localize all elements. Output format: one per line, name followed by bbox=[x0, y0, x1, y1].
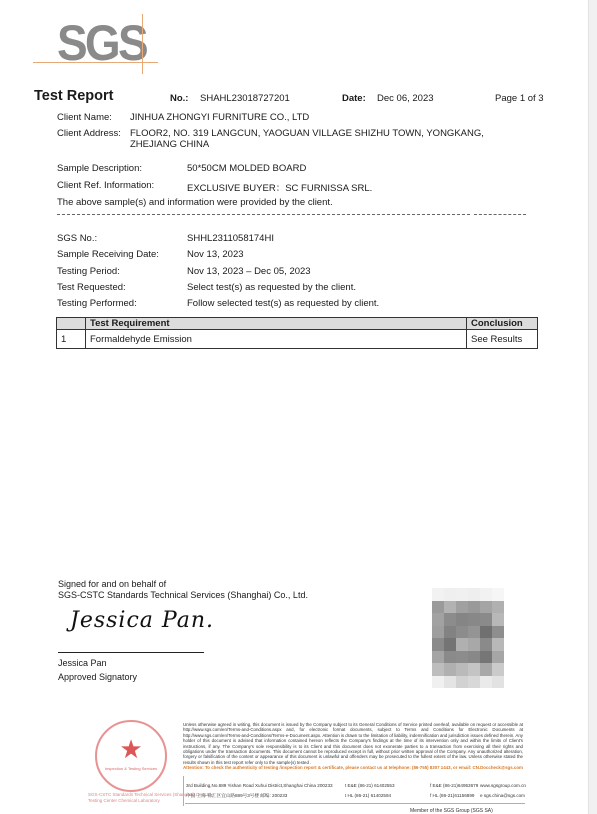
testing-performed-value: Follow selected test(s) as requested by … bbox=[187, 298, 379, 309]
sgs-logo: SGS bbox=[33, 14, 161, 74]
star-icon: ★ bbox=[97, 736, 165, 762]
report-no-label: No.: bbox=[170, 93, 188, 104]
testing-period-label: Testing Period: bbox=[57, 266, 120, 277]
client-address-label: Client Address: bbox=[57, 128, 121, 139]
seal-inner-text: Inspection & Testing Services bbox=[97, 766, 165, 771]
testing-performed-label: Testing Performed: bbox=[57, 298, 137, 309]
sgs-no-value: SHHL2311058174HI bbox=[187, 233, 274, 244]
header-conclusion: Conclusion bbox=[467, 318, 538, 330]
dashed-separator bbox=[57, 214, 470, 215]
fax-ee: f E&E (86-21)64953679 bbox=[430, 783, 478, 788]
header-test-requirement: Test Requirement bbox=[86, 318, 467, 330]
receiving-date-value: Nov 13, 2023 bbox=[187, 249, 244, 260]
signatory-role: Approved Signatory bbox=[58, 672, 137, 682]
tel-hl: t HL (86-21) 61402594 bbox=[345, 793, 391, 798]
page-edge bbox=[588, 0, 597, 814]
authenticity-attention: Attention: To check the authenticity of … bbox=[183, 765, 523, 770]
client-ref-label: Client Ref. Information: bbox=[57, 180, 154, 191]
signature-handwriting: Jessica Pan. bbox=[70, 608, 214, 633]
signatory-name: Jessica Pan bbox=[58, 658, 107, 668]
test-requirement-table: Test Requirement Conclusion 1 Formaldehy… bbox=[56, 317, 538, 349]
header-index bbox=[57, 318, 86, 330]
sample-note: The above sample(s) and information were… bbox=[57, 197, 333, 208]
date-label: Date: bbox=[342, 93, 366, 104]
client-name-label: Client Name: bbox=[57, 112, 112, 123]
testing-period-value: Nov 13, 2023 – Dec 05, 2023 bbox=[187, 266, 311, 277]
table-header-row: Test Requirement Conclusion bbox=[57, 318, 538, 330]
footer-vertical-rule bbox=[183, 776, 184, 806]
logo-vertical-rule bbox=[142, 14, 143, 74]
tel-ee: t E&E (86-21) 61402553 bbox=[345, 783, 395, 788]
terms-text: Unless otherwise agreed in writing, this… bbox=[183, 722, 523, 765]
sgs-no-label: SGS No.: bbox=[57, 233, 97, 244]
report-no-value: SHAHL23018727201 bbox=[200, 93, 290, 104]
row-requirement: Formaldehyde Emission bbox=[86, 330, 467, 349]
address-chinese: 中国·上海·徐汇区宜山路889号3号楼 邮编: 200233 bbox=[186, 793, 287, 799]
sgs-group-membership: Member of the SGS Group (SGS SA) bbox=[410, 808, 493, 814]
table-row: 1 Formaldehyde Emission See Results bbox=[57, 330, 538, 349]
fax-hl: f HL (86-21)61156899 bbox=[430, 793, 474, 798]
dashed-separator-short bbox=[474, 214, 526, 215]
test-requested-label: Test Requested: bbox=[57, 282, 126, 293]
test-requested-value: Select test(s) as requested by the clien… bbox=[187, 282, 356, 293]
sample-description-value: 50*50CM MOLDED BOARD bbox=[187, 163, 306, 174]
company-name: SGS-CSTC Standards Technical Services (S… bbox=[58, 590, 308, 600]
row-conclusion: See Results bbox=[467, 330, 538, 349]
address-english: 3rd Building,No.889 Yishan Road Xuhui Di… bbox=[186, 783, 333, 788]
page-indicator: Page 1 of 3 bbox=[495, 93, 544, 104]
receiving-date-label: Sample Receiving Date: bbox=[57, 249, 159, 260]
client-address-line2: ZHEJIANG CHINA bbox=[130, 139, 209, 150]
client-address-line1: FLOOR2, NO. 319 LANGCUN, YAOGUAN VILLAGE… bbox=[130, 128, 484, 139]
row-index: 1 bbox=[57, 330, 86, 349]
footer-rule bbox=[185, 803, 525, 804]
signed-on-behalf: Signed for and on behalf of bbox=[58, 579, 166, 589]
client-ref-value: EXCLUSIVE BUYER：SC FURNISSA SRL. bbox=[187, 180, 372, 194]
logo-horizontal-rule bbox=[33, 62, 158, 63]
email-link[interactable]: e sgs.china@sgs.com bbox=[480, 793, 525, 798]
signature-line bbox=[58, 652, 204, 653]
qr-code-blurred bbox=[432, 588, 504, 688]
website-link[interactable]: www.sgsgroup.com.cn bbox=[480, 783, 526, 788]
client-name-value: JINHUA ZHONGYI FURNITURE CO., LTD bbox=[130, 112, 309, 123]
sample-description-label: Sample Description: bbox=[57, 163, 142, 174]
official-seal: ★ Inspection & Testing Services bbox=[95, 720, 167, 792]
terms-fine-print: Unless otherwise agreed in writing, this… bbox=[183, 722, 523, 771]
page-title: Test Report bbox=[34, 88, 114, 104]
date-value: Dec 06, 2023 bbox=[377, 93, 434, 104]
